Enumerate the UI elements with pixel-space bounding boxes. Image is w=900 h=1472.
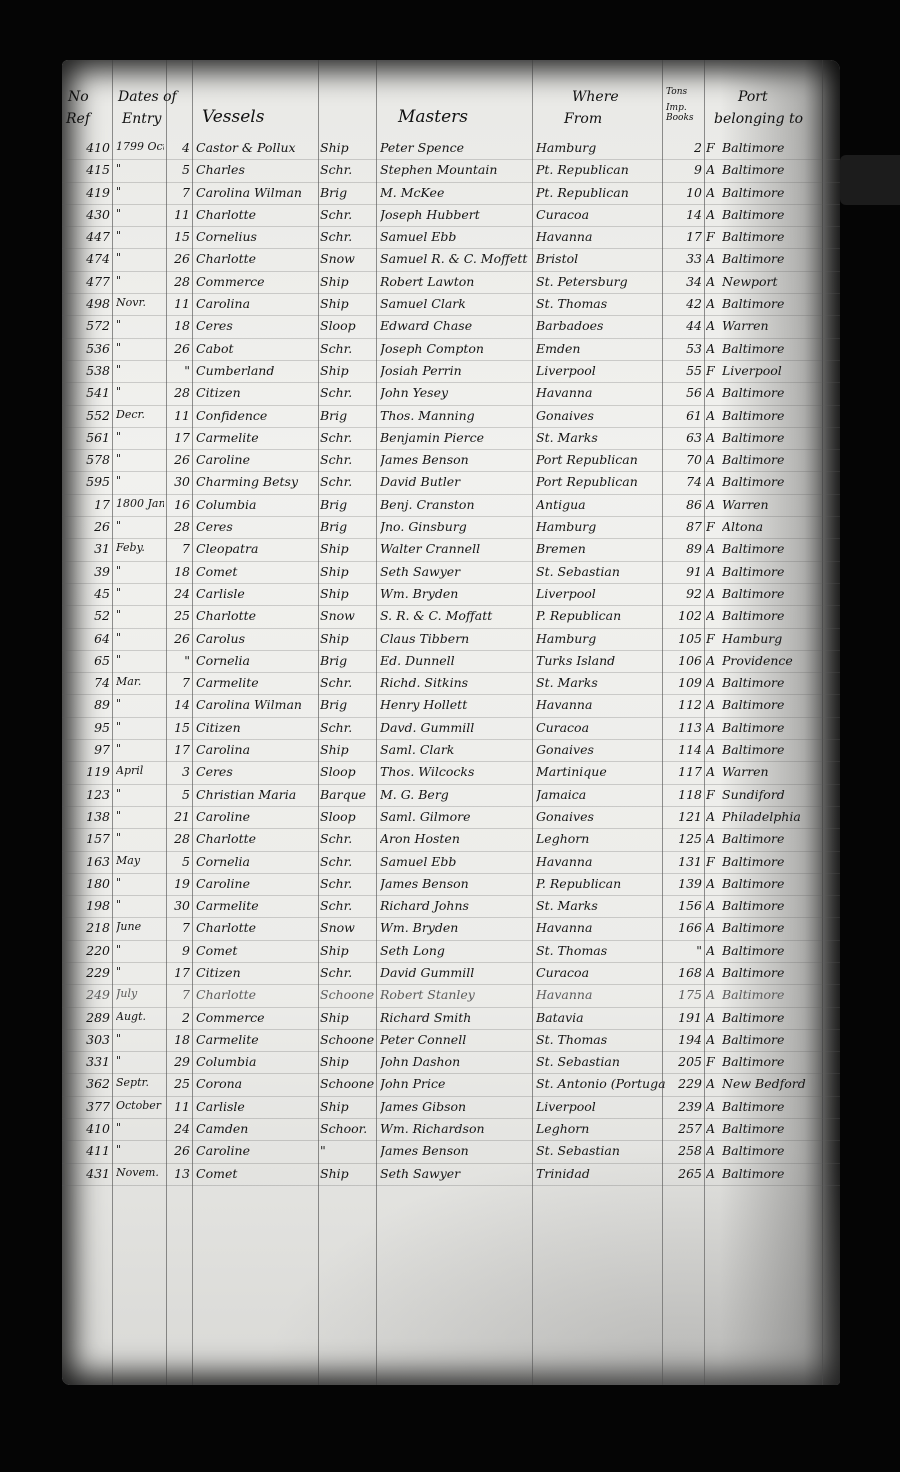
cell-day: 11 (168, 296, 190, 311)
cell-month: " (116, 787, 164, 800)
cell-master: Henry Hollett (380, 697, 530, 712)
cell-port: Hamburg (722, 631, 832, 646)
cell-from: St. Thomas (536, 296, 666, 311)
cell-tons: 34 (666, 274, 702, 289)
cell-type: Barque (320, 787, 374, 802)
table-row: 74Mar.7CarmeliteSchr.Richd. SitkinsSt. M… (62, 673, 840, 695)
ledger-page: No Ref Dates of Entry Vessels Masters Wh… (62, 60, 840, 1385)
cell-month: " (116, 207, 164, 220)
cell-type: Schr. (320, 675, 374, 690)
cell-flag: F (706, 631, 720, 646)
cell-from: Gonaives (536, 809, 666, 824)
cell-master: Aron Hosten (380, 831, 530, 846)
cell-month: " (116, 876, 164, 889)
cell-flag: A (706, 274, 720, 289)
cell-tons: 121 (666, 809, 702, 824)
cell-day: " (168, 363, 190, 378)
table-row: 377October11CarlisleShipJames GibsonLive… (62, 1097, 840, 1119)
cell-month: " (116, 274, 164, 287)
cell-port: Baltimore (722, 296, 832, 311)
cell-from: Havanna (536, 229, 666, 244)
cell-flag: A (706, 162, 720, 177)
cell-from: St. Sebastian (536, 1054, 666, 1069)
cell-flag: A (706, 1076, 720, 1091)
cell-tons: 113 (666, 720, 702, 735)
table-row: 430"11CharlotteSchr.Joseph HubbertCuraco… (62, 205, 840, 227)
cell-vessel: Carmelite (196, 430, 316, 445)
cell-no: 229 (66, 965, 110, 980)
cell-flag: A (706, 987, 720, 1002)
cell-day: 15 (168, 720, 190, 735)
header-date-sub: Entry (122, 112, 161, 127)
cell-tons: " (666, 943, 702, 958)
cell-tons: 87 (666, 519, 702, 534)
cell-day: 30 (168, 474, 190, 489)
cell-master: Samuel Ebb (380, 229, 530, 244)
cell-master: Thos. Manning (380, 408, 530, 423)
cell-type: Schr. (320, 162, 374, 177)
cell-master: Richd. Sitkins (380, 675, 530, 690)
cell-port: Baltimore (722, 251, 832, 266)
cell-port: Baltimore (722, 1143, 832, 1158)
cell-day: 15 (168, 229, 190, 244)
cell-type: Schooner (320, 1076, 374, 1091)
cell-from: St. Marks (536, 675, 666, 690)
cell-flag: A (706, 920, 720, 935)
cell-master: Wm. Bryden (380, 586, 530, 601)
cell-flag: A (706, 185, 720, 200)
cell-flag: F (706, 787, 720, 802)
cell-flag: A (706, 452, 720, 467)
cell-tons: 70 (666, 452, 702, 467)
cell-month: " (116, 1032, 164, 1045)
cell-flag: F (706, 363, 720, 378)
cell-no: 65 (66, 653, 110, 668)
cell-from: Havanna (536, 920, 666, 935)
cell-no: 415 (66, 162, 110, 177)
cell-port: Baltimore (722, 408, 832, 423)
cell-type: Schr. (320, 720, 374, 735)
header-where: Where (572, 90, 619, 105)
header-tons: Tons (666, 88, 702, 98)
cell-tons: 10 (666, 185, 702, 200)
binder-tab (840, 155, 900, 205)
cell-day: 16 (168, 497, 190, 512)
cell-from: Antigua (536, 497, 666, 512)
cell-port: Warren (722, 764, 832, 779)
table-row: 95"15CitizenSchr.Davd. GummillCuracoa113… (62, 718, 840, 740)
header-where-sub: From (564, 112, 602, 127)
cell-no: 474 (66, 251, 110, 266)
cell-tons: 14 (666, 207, 702, 222)
cell-port: Baltimore (722, 385, 832, 400)
cell-from: Port Republican (536, 452, 666, 467)
cell-vessel: Camden (196, 1121, 316, 1136)
cell-month: " (116, 341, 164, 354)
cell-master: Jno. Ginsburg (380, 519, 530, 534)
cell-no: 138 (66, 809, 110, 824)
cell-vessel: Cornelia (196, 854, 316, 869)
cell-day: 26 (168, 341, 190, 356)
cell-month: " (116, 162, 164, 175)
cell-flag: F (706, 229, 720, 244)
cell-month: " (116, 1121, 164, 1134)
cell-from: Gonaives (536, 408, 666, 423)
cell-no: 578 (66, 452, 110, 467)
cell-type: Ship (320, 742, 374, 757)
cell-month: " (116, 697, 164, 710)
table-row: 536"26CabotSchr.Joseph ComptonEmden53ABa… (62, 339, 840, 361)
cell-vessel: Caroline (196, 809, 316, 824)
cell-vessel: Cleopatra (196, 541, 316, 556)
cell-from: St. Thomas (536, 943, 666, 958)
cell-port: Altona (722, 519, 832, 534)
cell-no: 419 (66, 185, 110, 200)
cell-no: 31 (66, 541, 110, 556)
cell-vessel: Carmelite (196, 898, 316, 913)
cell-no: 411 (66, 1143, 110, 1158)
cell-port: Baltimore (722, 341, 832, 356)
cell-day: 5 (168, 787, 190, 802)
cell-day: 26 (168, 251, 190, 266)
cell-master: Josiah Perrin (380, 363, 530, 378)
cell-master: S. R. & C. Moffatt (380, 608, 530, 623)
header-no: No (68, 90, 89, 105)
table-row: 171800 Jany.16ColumbiaBrigBenj. Cranston… (62, 495, 840, 517)
cell-vessel: Comet (196, 1166, 316, 1181)
cell-type: Schr. (320, 229, 374, 244)
cell-type: Snow (320, 608, 374, 623)
cell-day: 26 (168, 452, 190, 467)
cell-port: Baltimore (722, 1010, 832, 1025)
cell-port: Warren (722, 497, 832, 512)
cell-tons: 118 (666, 787, 702, 802)
cell-day: 9 (168, 943, 190, 958)
cell-master: Peter Spence (380, 140, 530, 155)
cell-from: Port Republican (536, 474, 666, 489)
cell-tons: 105 (666, 631, 702, 646)
table-row: 123"5Christian MariaBarqueM. G. BergJama… (62, 785, 840, 807)
cell-port: Baltimore (722, 430, 832, 445)
cell-type: Schr. (320, 965, 374, 980)
cell-tons: 175 (666, 987, 702, 1002)
cell-day: 25 (168, 608, 190, 623)
cell-month: " (116, 608, 164, 621)
cell-master: Seth Long (380, 943, 530, 958)
cell-month: Mar. (116, 675, 164, 688)
table-row: 52"25CharlotteSnowS. R. & C. MoffattP. R… (62, 606, 840, 628)
cell-master: Seth Sawyer (380, 564, 530, 579)
header-no-sub: Ref (66, 112, 90, 127)
cell-flag: A (706, 876, 720, 891)
cell-tons: 63 (666, 430, 702, 445)
cell-master: Stephen Mountain (380, 162, 530, 177)
cell-flag: A (706, 1143, 720, 1158)
cell-master: Richard Johns (380, 898, 530, 913)
cell-port: Baltimore (722, 1166, 832, 1181)
cell-month: July (116, 987, 164, 1000)
cell-month: " (116, 1054, 164, 1067)
cell-month: 1800 Jany. (116, 497, 164, 510)
cell-vessel: Carolus (196, 631, 316, 646)
cell-from: Liverpool (536, 363, 666, 378)
cell-type: Ship (320, 140, 374, 155)
cell-master: John Yesey (380, 385, 530, 400)
cell-no: 198 (66, 898, 110, 913)
cell-no: 552 (66, 408, 110, 423)
cell-port: Sundiford (722, 787, 832, 802)
cell-month: " (116, 251, 164, 264)
cell-port: Baltimore (722, 229, 832, 244)
cell-type: Schooner (320, 1032, 374, 1047)
cell-day: 28 (168, 519, 190, 534)
cell-from: Havanna (536, 854, 666, 869)
cell-tons: 56 (666, 385, 702, 400)
cell-flag: A (706, 430, 720, 445)
cell-month: " (116, 898, 164, 911)
cell-port: Newport (722, 274, 832, 289)
cell-month: " (116, 318, 164, 331)
cell-month: April (116, 764, 164, 777)
cell-vessel: Citizen (196, 965, 316, 980)
cell-type: Sloop (320, 318, 374, 333)
table-row: 119April3CeresSloopThos. WilcocksMartini… (62, 762, 840, 784)
cell-type: Schr. (320, 854, 374, 869)
cell-flag: A (706, 1099, 720, 1114)
cell-port: Baltimore (722, 854, 832, 869)
cell-type: Ship (320, 363, 374, 378)
cell-month: " (116, 631, 164, 644)
ledger-header: No Ref Dates of Entry Vessels Masters Wh… (62, 80, 840, 140)
cell-master: Samuel Ebb (380, 854, 530, 869)
cell-tons: 42 (666, 296, 702, 311)
cell-master: Samuel R. & C. Moffett (380, 251, 530, 266)
cell-flag: A (706, 497, 720, 512)
table-row: 415"5CharlesSchr.Stephen MountainPt. Rep… (62, 160, 840, 182)
table-row: 477"28CommerceShipRobert LawtonSt. Peter… (62, 272, 840, 294)
cell-flag: A (706, 474, 720, 489)
cell-port: Baltimore (722, 608, 832, 623)
cell-day: 7 (168, 675, 190, 690)
table-row: 89"14Carolina WilmanBrigHenry HollettHav… (62, 695, 840, 717)
cell-port: Baltimore (722, 965, 832, 980)
table-row: 198"30CarmeliteSchr.Richard JohnsSt. Mar… (62, 896, 840, 918)
cell-no: 52 (66, 608, 110, 623)
cell-port: Providence (722, 653, 832, 668)
cell-flag: A (706, 742, 720, 757)
cell-vessel: Ceres (196, 764, 316, 779)
cell-tons: 257 (666, 1121, 702, 1136)
cell-port: Baltimore (722, 1032, 832, 1047)
cell-type: Ship (320, 541, 374, 556)
cell-no: 377 (66, 1099, 110, 1114)
cell-vessel: Columbia (196, 497, 316, 512)
cell-master: Ed. Dunnell (380, 653, 530, 668)
cell-from: Leghorn (536, 1121, 666, 1136)
cell-no: 541 (66, 385, 110, 400)
cell-from: Havanna (536, 987, 666, 1002)
cell-tons: 33 (666, 251, 702, 266)
cell-master: Davd. Gummill (380, 720, 530, 735)
cell-vessel: Cornelia (196, 653, 316, 668)
header-masters: Masters (398, 108, 468, 127)
cell-month: " (116, 430, 164, 443)
cell-from: Trinidad (536, 1166, 666, 1181)
cell-from: Curacoa (536, 207, 666, 222)
table-row: 431Novem.13CometShipSeth SawyerTrinidad2… (62, 1164, 840, 1186)
cell-no: 180 (66, 876, 110, 891)
cell-vessel: Comet (196, 564, 316, 579)
cell-tons: 156 (666, 898, 702, 913)
cell-month: Septr. (116, 1076, 164, 1089)
cell-month: " (116, 965, 164, 978)
cell-master: Benj. Cranston (380, 497, 530, 512)
cell-flag: A (706, 564, 720, 579)
cell-tons: 194 (666, 1032, 702, 1047)
cell-vessel: Carlisle (196, 1099, 316, 1114)
cell-tons: 74 (666, 474, 702, 489)
cell-type: Ship (320, 564, 374, 579)
cell-master: John Dashon (380, 1054, 530, 1069)
cell-flag: A (706, 697, 720, 712)
cell-port: Baltimore (722, 943, 832, 958)
table-row: 303"18CarmeliteSchoonerPeter ConnellSt. … (62, 1030, 840, 1052)
table-row: 39"18CometShipSeth SawyerSt. Sebastian91… (62, 562, 840, 584)
cell-day: 7 (168, 185, 190, 200)
cell-no: 45 (66, 586, 110, 601)
cell-flag: A (706, 653, 720, 668)
header-vessels: Vessels (202, 108, 264, 127)
table-row: 163May5CorneliaSchr.Samuel EbbHavanna131… (62, 852, 840, 874)
cell-flag: A (706, 720, 720, 735)
cell-from: St. Antonio (Portugal) (536, 1076, 666, 1091)
cell-no: 95 (66, 720, 110, 735)
cell-day: 2 (168, 1010, 190, 1025)
cell-flag: A (706, 1010, 720, 1025)
table-row: 572"18CeresSloopEdward ChaseBarbadoes44A… (62, 316, 840, 338)
cell-day: 17 (168, 965, 190, 980)
cell-vessel: Charlotte (196, 207, 316, 222)
cell-tons: 92 (666, 586, 702, 601)
table-row: 220"9CometShipSeth LongSt. Thomas"ABalti… (62, 941, 840, 963)
cell-no: 538 (66, 363, 110, 378)
cell-flag: A (706, 318, 720, 333)
cell-tons: 191 (666, 1010, 702, 1025)
cell-tons: 258 (666, 1143, 702, 1158)
cell-master: Wm. Richardson (380, 1121, 530, 1136)
cell-month: June (116, 920, 164, 933)
cell-flag: A (706, 965, 720, 980)
cell-flag: F (706, 140, 720, 155)
cell-vessel: Carlisle (196, 586, 316, 601)
cell-type: Brig (320, 653, 374, 668)
cell-vessel: Charlotte (196, 987, 316, 1002)
cell-no: 39 (66, 564, 110, 579)
cell-tons: 114 (666, 742, 702, 757)
cell-port: Baltimore (722, 742, 832, 757)
cell-type: Ship (320, 1166, 374, 1181)
cell-day: 21 (168, 809, 190, 824)
cell-type: Ship (320, 943, 374, 958)
cell-from: Liverpool (536, 586, 666, 601)
table-row: 289Augt.2CommerceShipRichard SmithBatavi… (62, 1008, 840, 1030)
table-row: 419"7Carolina WilmanBrigM. McKeePt. Repu… (62, 183, 840, 205)
cell-flag: A (706, 207, 720, 222)
header-port-sub: belonging to (714, 112, 803, 127)
ledger-rows: 4101799 Octo.4Castor & PolluxShipPeter S… (62, 138, 840, 1186)
cell-from: St. Marks (536, 430, 666, 445)
cell-month: " (116, 809, 164, 822)
table-row: 538""CumberlandShipJosiah PerrinLiverpoo… (62, 361, 840, 383)
cell-tons: 239 (666, 1099, 702, 1114)
cell-type: " (320, 1143, 374, 1158)
cell-vessel: Citizen (196, 720, 316, 735)
cell-master: John Price (380, 1076, 530, 1091)
cell-day: 4 (168, 140, 190, 155)
table-row: 561"17CarmeliteSchr.Benjamin PierceSt. M… (62, 428, 840, 450)
cell-from: Havanna (536, 385, 666, 400)
cell-tons: 102 (666, 608, 702, 623)
cell-flag: A (706, 943, 720, 958)
cell-day: 28 (168, 831, 190, 846)
cell-master: David Butler (380, 474, 530, 489)
table-row: 180"19CarolineSchr.James BensonP. Republ… (62, 874, 840, 896)
cell-type: Brig (320, 408, 374, 423)
cell-tons: 265 (666, 1166, 702, 1181)
table-row: 31Feby.7CleopatraShipWalter CrannellBrem… (62, 539, 840, 561)
cell-from: Hamburg (536, 140, 666, 155)
cell-no: 289 (66, 1010, 110, 1025)
cell-month: Decr. (116, 408, 164, 421)
cell-tons: 205 (666, 1054, 702, 1069)
cell-from: St. Marks (536, 898, 666, 913)
cell-type: Ship (320, 274, 374, 289)
cell-port: Baltimore (722, 541, 832, 556)
cell-from: St. Sebastian (536, 564, 666, 579)
table-row: 498Novr.11CarolinaShipSamuel ClarkSt. Th… (62, 294, 840, 316)
cell-vessel: Commerce (196, 1010, 316, 1025)
cell-master: Edward Chase (380, 318, 530, 333)
cell-tons: 106 (666, 653, 702, 668)
cell-no: 410 (66, 1121, 110, 1136)
table-row: 331"29ColumbiaShipJohn DashonSt. Sebasti… (62, 1052, 840, 1074)
cell-no: 17 (66, 497, 110, 512)
cell-tons: 53 (666, 341, 702, 356)
table-row: 578"26CarolineSchr.James BensonPort Repu… (62, 450, 840, 472)
table-row: 249July7CharlotteSchoonerRobert StanleyH… (62, 985, 840, 1007)
cell-port: Baltimore (722, 1054, 832, 1069)
cell-month: Novr. (116, 296, 164, 309)
cell-flag: F (706, 1054, 720, 1069)
cell-month: " (116, 185, 164, 198)
table-row: 45"24CarlisleShipWm. BrydenLiverpool92AB… (62, 584, 840, 606)
cell-from: Martinique (536, 764, 666, 779)
table-row: 411"26Caroline"James BensonSt. Sebastian… (62, 1141, 840, 1163)
cell-from: Liverpool (536, 1099, 666, 1114)
cell-from: Pt. Republican (536, 162, 666, 177)
cell-day: 28 (168, 385, 190, 400)
cell-month: " (116, 519, 164, 532)
cell-vessel: Carmelite (196, 675, 316, 690)
cell-type: Schr. (320, 452, 374, 467)
cell-flag: A (706, 296, 720, 311)
cell-month: May (116, 854, 164, 867)
cell-vessel: Carmelite (196, 1032, 316, 1047)
cell-port: Baltimore (722, 1099, 832, 1114)
cell-master: Robert Stanley (380, 987, 530, 1002)
cell-flag: A (706, 1166, 720, 1181)
cell-master: M. McKee (380, 185, 530, 200)
